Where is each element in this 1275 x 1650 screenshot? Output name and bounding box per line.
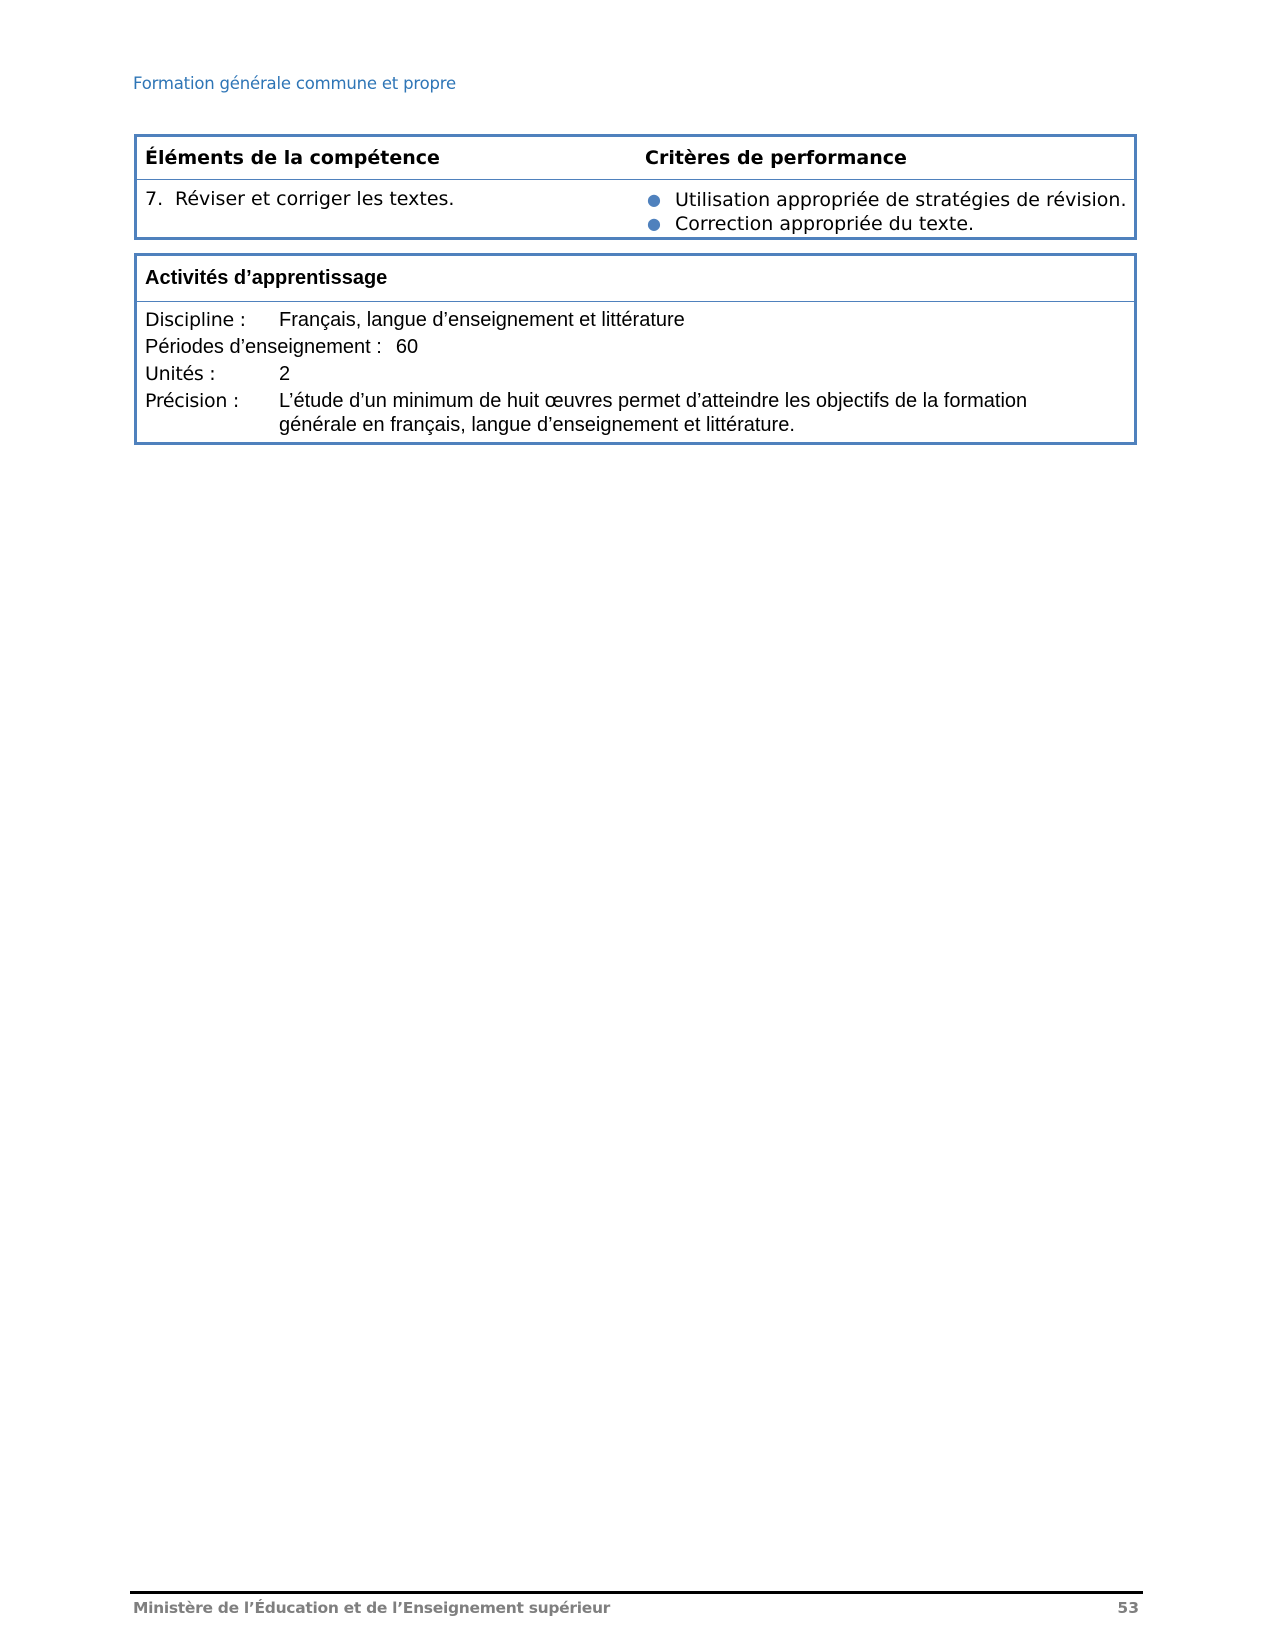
activities-title: Activités d’apprentissage	[137, 256, 1134, 302]
footer-divider	[130, 1591, 1143, 1594]
precision-row: Précision : L’étude d’un minimum de huit…	[145, 389, 1134, 437]
criteria-item: ●Correction appropriée du texte.	[645, 212, 1134, 236]
running-header-title: Formation générale commune et propre	[133, 74, 456, 93]
column-header-elements: Éléments de la compétence	[137, 147, 637, 169]
footer-publisher: Ministère de l’Éducation et de l’Enseign…	[133, 1599, 610, 1617]
element-cell: 7.Réviser et corriger les textes.	[137, 188, 637, 236]
element-text: Réviser et corriger les textes.	[175, 188, 454, 210]
page-number: 53	[1117, 1599, 1139, 1617]
criteria-list: ●Utilisation appropriée de stratégies de…	[645, 188, 1134, 236]
precision-label: Précision :	[145, 389, 279, 437]
periods-label: Périodes d’enseignement :	[145, 335, 382, 359]
activities-details: Discipline : Français, langue d’enseigne…	[137, 302, 1134, 437]
activities-table: Activités d’apprentissage Discipline : F…	[134, 253, 1137, 445]
criteria-item: ●Utilisation appropriée de stratégies de…	[645, 188, 1134, 212]
discipline-label: Discipline :	[145, 308, 279, 332]
periods-value: 60	[396, 335, 418, 359]
periods-row: Périodes d’enseignement : 60	[145, 335, 1134, 359]
precision-value: L’étude d’un minimum de huit œuvres perm…	[279, 389, 1069, 437]
bullet-icon: ●	[647, 212, 661, 236]
discipline-row: Discipline : Français, langue d’enseigne…	[145, 308, 1134, 332]
competence-table: Éléments de la compétence Critères de pe…	[134, 134, 1137, 240]
units-value: 2	[279, 362, 290, 386]
competence-table-header: Éléments de la compétence Critères de pe…	[137, 137, 1134, 180]
column-header-criteria: Critères de performance	[637, 147, 1134, 169]
units-label: Unités :	[145, 362, 279, 386]
discipline-value: Français, langue d’enseignement et litté…	[279, 308, 685, 332]
criteria-cell: ●Utilisation appropriée de stratégies de…	[637, 188, 1134, 236]
units-row: Unités : 2	[145, 362, 1134, 386]
competence-table-row: 7.Réviser et corriger les textes. ●Utili…	[137, 180, 1134, 236]
element-number: 7.	[145, 188, 175, 210]
bullet-icon: ●	[647, 188, 661, 212]
